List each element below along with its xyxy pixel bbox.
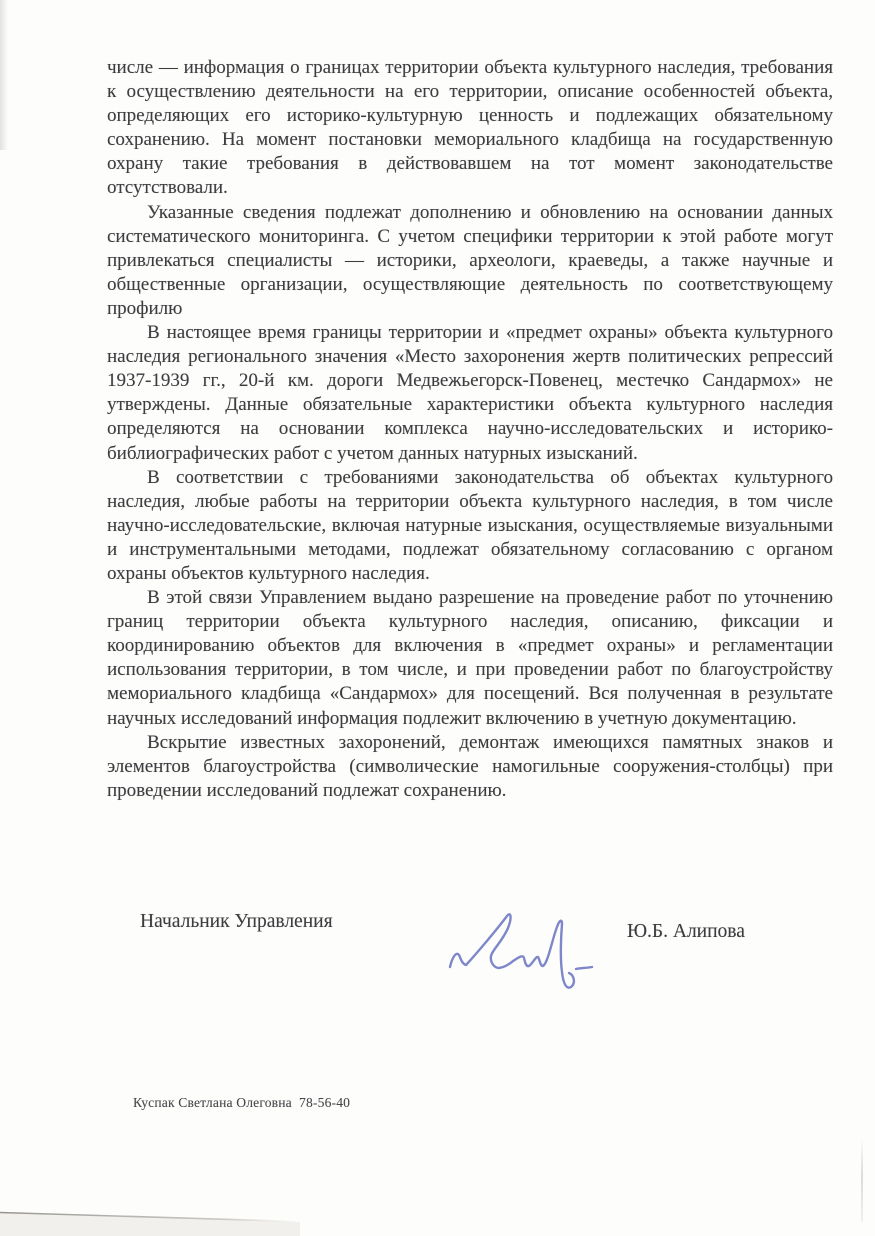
paragraph: Вскрытие известных захоронений, демонтаж… xyxy=(107,731,833,803)
document-body-text: числе — информация о границах территории… xyxy=(107,56,833,803)
scan-page-edge-bottom xyxy=(0,1204,875,1236)
scanned-document-page: числе — информация о границах территории… xyxy=(0,0,875,1236)
paragraph: числе — информация о границах территории… xyxy=(107,56,833,201)
signatory-name: Ю.Б. Алипова xyxy=(627,921,745,943)
executor-contact-line: Куспак Светлана Олеговна 78-56-40 xyxy=(133,1095,350,1111)
signature-ink-stroke xyxy=(450,914,592,987)
scan-edge-shadow-right xyxy=(861,1138,863,1222)
paragraph: В этой связи Управлением выдано разрешен… xyxy=(107,586,833,731)
paragraph: Указанные сведения подлежат дополнению и… xyxy=(107,201,833,321)
paragraph: В соответствии с требованиями законодате… xyxy=(107,466,833,586)
paragraph: В настоящее время границы территории и «… xyxy=(107,321,833,466)
signatory-position-title: Начальник Управления xyxy=(140,911,333,933)
handwritten-signature xyxy=(438,894,613,1006)
scan-edge-shadow-left xyxy=(0,0,8,150)
